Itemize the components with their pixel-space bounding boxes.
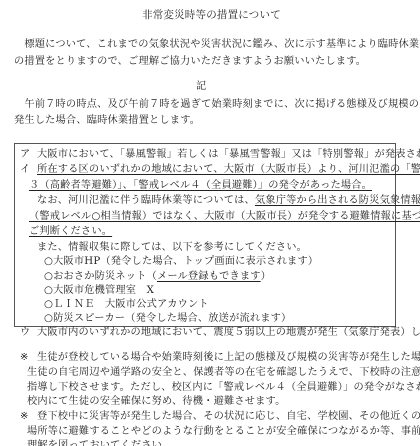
note-1-line-4: 校内にて生徒の安全確保に努め、待機・避難させます。	[27, 396, 285, 407]
criteria-intro-line-1: 午前７時の時点、及び午前７時を過ぎて始業時刻までに、次に掲げる態様及び規模の災害…	[14, 99, 420, 110]
info-source-crisis-x[interactable]: ○大阪市危機管理室 X	[44, 285, 154, 296]
info-intro: また、情報収集に際しては、以下を参考にしてください。	[37, 242, 307, 253]
bousai-net-close: ）	[261, 271, 271, 282]
note-line-1: なお、河川氾濫に伴う臨時休業等については、気象庁等から出される防災気象情報	[37, 195, 420, 206]
item-u-marker: ウ	[20, 327, 30, 338]
bousai-net-label: ○おおさか防災ネット（	[44, 271, 157, 282]
note-line-3: ご判断ください。	[29, 226, 112, 237]
note-2-marker: ※	[20, 411, 29, 422]
item-i-line-1: 所在する区のいずれかの地域において、大阪市（大阪市長）より、河川氾濫の「警戒レベ…	[37, 164, 420, 175]
note-line-1-plain: なお、河川氾濫に伴う臨時休業等については、	[37, 195, 255, 206]
info-source-bousai-net[interactable]: ○おおさか防災ネット（メール登録もできます）	[44, 271, 271, 282]
item-a-text: 大阪市において、「暴風警報」若しくは「暴風雪警報」又は「特別警報」が発表された場…	[37, 149, 420, 160]
info-source-speaker: ○防災スピーカー（発令した場合、放送が流れます）	[44, 313, 291, 324]
note-2-line-2: 場所等に避難することやどのような行動をとることが安全確保につながるか等、事前に共…	[27, 426, 420, 437]
intro-line-1: 標題について、これまでの気象状況や災害状況に鑑み、次に示す基準により臨時休業等	[14, 39, 420, 50]
info-source-line[interactable]: ○ＬＩＮＥ 大阪市公式アカウント	[44, 299, 209, 310]
intro-line-2: の措置をとりますので、ご理解ご協力いただきますようお願いいたします。	[14, 56, 366, 67]
note-line-1-underlined: 気象庁等から出される防災気象情報	[255, 195, 420, 206]
item-i-marker: イ	[20, 164, 30, 175]
note-2-line-3: 理解を図っておいてください。	[27, 440, 172, 446]
page-title: 非常変災時等の措置について	[142, 10, 281, 21]
note-1-line-2: 生徒の自宅周辺や通学路の安全と、保護者等の在宅を確認したうえで、下校時の注意事項…	[27, 367, 420, 378]
criteria-intro-line-2: 発生した場合、臨時休業措置とします。	[14, 115, 200, 126]
item-u-text: 大阪市内のいずれかの地域において、震度５弱以上の地震が発生（気象庁発表）した場合…	[37, 327, 420, 338]
note-1-line-1: 生徒が登校している場合や始業時刻後に上記の態様及び規模の災害等が発生した場合は、	[37, 352, 420, 363]
info-source-osaka-hp[interactable]: ○大阪市HP（発令した場合、トップ画面に表示されます）	[44, 256, 318, 267]
item-i-line-2: ３（高齢者等避難）」、「警戒レベル４（全員避難）」の発令があった場合。	[29, 180, 372, 191]
note-1-marker: ※	[20, 352, 29, 363]
note-line-2: （警戒レベル○相当情報）ではなく、大阪市（大阪市長）が発令する避難情報に基づき、	[29, 211, 420, 222]
note-2-line-1: 登下校中に災害等が発生した場合、その状況に応じ、自宅、学校園、その他近くの安全な	[37, 411, 420, 422]
mail-registration-link[interactable]: メール登録もできます	[157, 271, 261, 282]
item-a-marker: ア	[20, 149, 30, 160]
note-1-line-3: 指導し下校させます。ただし、校区内に「警戒レベル４（全員避難）」の発令がなされた…	[27, 382, 420, 393]
ki-heading: 記	[196, 77, 206, 92]
